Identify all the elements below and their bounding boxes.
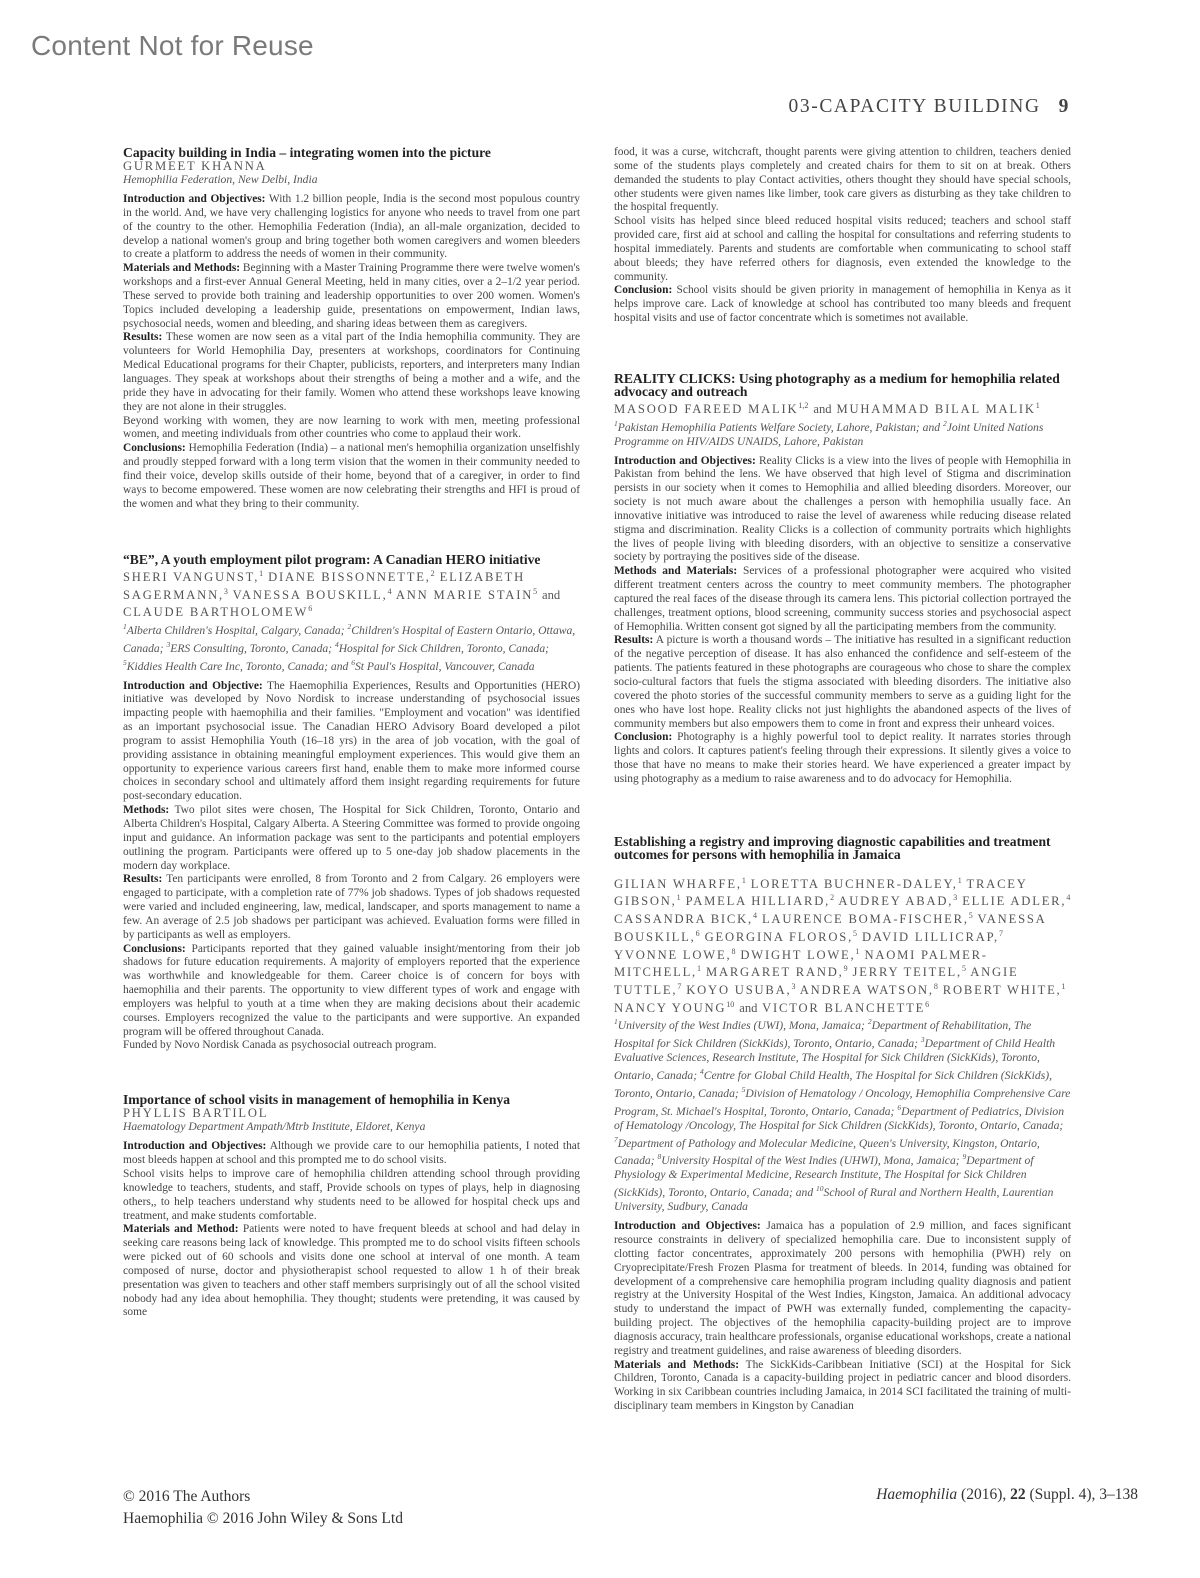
section-results: Results: A picture is worth a thousand w… (614, 634, 1071, 731)
section-intro-cont: School visits helps to improve care of h… (123, 1168, 580, 1223)
section-results: Results: These women are now seen as a v… (123, 331, 580, 414)
section-conclusions: Conclusions: Hemophilia Federation (Indi… (123, 442, 580, 511)
section-intro: Introduction and Objectives: Jamaica has… (614, 1220, 1071, 1358)
abstract-body: Introduction and Objectives: With 1.2 bi… (123, 193, 580, 511)
abstract-authors: GURMEET KHANNA (123, 160, 580, 174)
abstract-authors: MASOOD FAREED MALIK1,2 and MUHAMMAD BILA… (614, 399, 1071, 417)
abstract-affiliation: Haematology Department Ampath/Mtrb Insti… (123, 1120, 580, 1134)
copyright-authors: © 2016 The Authors (123, 1486, 403, 1508)
section-intro: Introduction and Objectives: With 1.2 bi… (123, 193, 580, 262)
abstract-body: Introduction and Objective: The Haemophi… (123, 680, 580, 1054)
section-results: Results: Ten participants were enrolled,… (123, 873, 580, 942)
abstract-title: Importance of school visits in managemen… (123, 1093, 580, 1107)
continued-text: food, it was a curse, witchcraft, though… (614, 146, 1071, 215)
abstract-affiliations: 1Alberta Children's Hospital, Calgary, C… (123, 620, 580, 674)
section-methods: Methods and Materials: Services of a pro… (614, 565, 1071, 634)
abstract-kenya-continued: food, it was a curse, witchcraft, though… (614, 146, 1071, 326)
abstract-affiliation: Hemophilia Federation, New Delbi, India (123, 173, 580, 187)
abstract-india: Capacity building in India – integrating… (123, 146, 580, 511)
abstract-hero: “BE”, A youth employment pilot program: … (123, 553, 580, 1053)
journal-name: Haemophilia (876, 1486, 957, 1503)
funding-note: Funded by Novo Nordisk Canada as psychos… (123, 1039, 580, 1053)
right-column: food, it was a curse, witchcraft, though… (614, 146, 1071, 1414)
left-column: Capacity building in India – integrating… (123, 146, 580, 1320)
abstract-body: Introduction and Objectives: Although we… (123, 1140, 580, 1320)
abstract-body: Introduction and Objectives: Jamaica has… (614, 1220, 1071, 1414)
abstract-title: Establishing a registry and improving di… (614, 835, 1071, 862)
abstract-authors: SHERI VANGUNST,1 DIANE BISSONNETTE,2 ELI… (123, 567, 580, 620)
continued-text: School visits has helped since bleed red… (614, 215, 1071, 284)
section-conclusion: Conclusion: School visits should be give… (614, 284, 1071, 326)
abstract-kenya: Importance of school visits in managemen… (123, 1093, 580, 1320)
journal-year: (2016), (961, 1486, 1006, 1503)
section-methods: Materials and Methods: Beginning with a … (123, 262, 580, 331)
journal-pages: (Suppl. 4), 3–138 (1030, 1486, 1139, 1503)
abstract-jamaica: Establishing a registry and improving di… (614, 835, 1071, 1414)
abstract-title: “BE”, A youth employment pilot program: … (123, 553, 580, 567)
section-intro: Introduction and Objective: The Haemophi… (123, 680, 580, 805)
running-head: 03-CAPACITY BUILDING9 (789, 96, 1070, 118)
abstract-authors: PHYLLIS BARTILOL (123, 1107, 580, 1121)
watermark: Content Not for Reuse (31, 30, 314, 62)
section-methods: Methods: Two pilot sites were chosen, Th… (123, 804, 580, 873)
abstract-body: Introduction and Objectives: Reality Cli… (614, 455, 1071, 787)
abstract-title: Capacity building in India – integrating… (123, 146, 580, 160)
abstract-affiliations: 1Pakistan Hemophilia Patients Welfare So… (614, 417, 1071, 449)
footer-citation: Haemophilia (2016), 22 (Suppl. 4), 3–138 (876, 1486, 1138, 1504)
journal-volume: 22 (1010, 1486, 1026, 1503)
section-conclusions: Conclusions: Participants reported that … (123, 943, 580, 1040)
section-intro: Introduction and Objectives: Reality Cli… (614, 455, 1071, 566)
page-number: 9 (1059, 96, 1070, 117)
section-methods: Materials and Method: Patients were note… (123, 1223, 580, 1320)
abstract-affiliations: 1University of the West Indies (UWI), Mo… (614, 1015, 1071, 1214)
abstract-title: REALITY CLICKS: Using photography as a m… (614, 372, 1071, 399)
copyright-publisher: Haemophilia © 2016 John Wiley & Sons Ltd (123, 1508, 403, 1530)
section-label: 03-CAPACITY BUILDING (789, 96, 1041, 117)
footer-copyright: © 2016 The Authors Haemophilia © 2016 Jo… (123, 1486, 403, 1530)
abstract-reality-clicks: REALITY CLICKS: Using photography as a m… (614, 372, 1071, 787)
section-methods: Materials and Methods: The SickKids-Cari… (614, 1359, 1071, 1414)
abstract-authors: GILIAN WHARFE,1 LORETTA BUCHNER-DALEY,1 … (614, 874, 1071, 1016)
section-conclusion: Conclusion: Photography is a highly powe… (614, 731, 1071, 786)
section-results-cont: Beyond working with women, they are now … (123, 415, 580, 443)
section-intro: Introduction and Objectives: Although we… (123, 1140, 580, 1168)
